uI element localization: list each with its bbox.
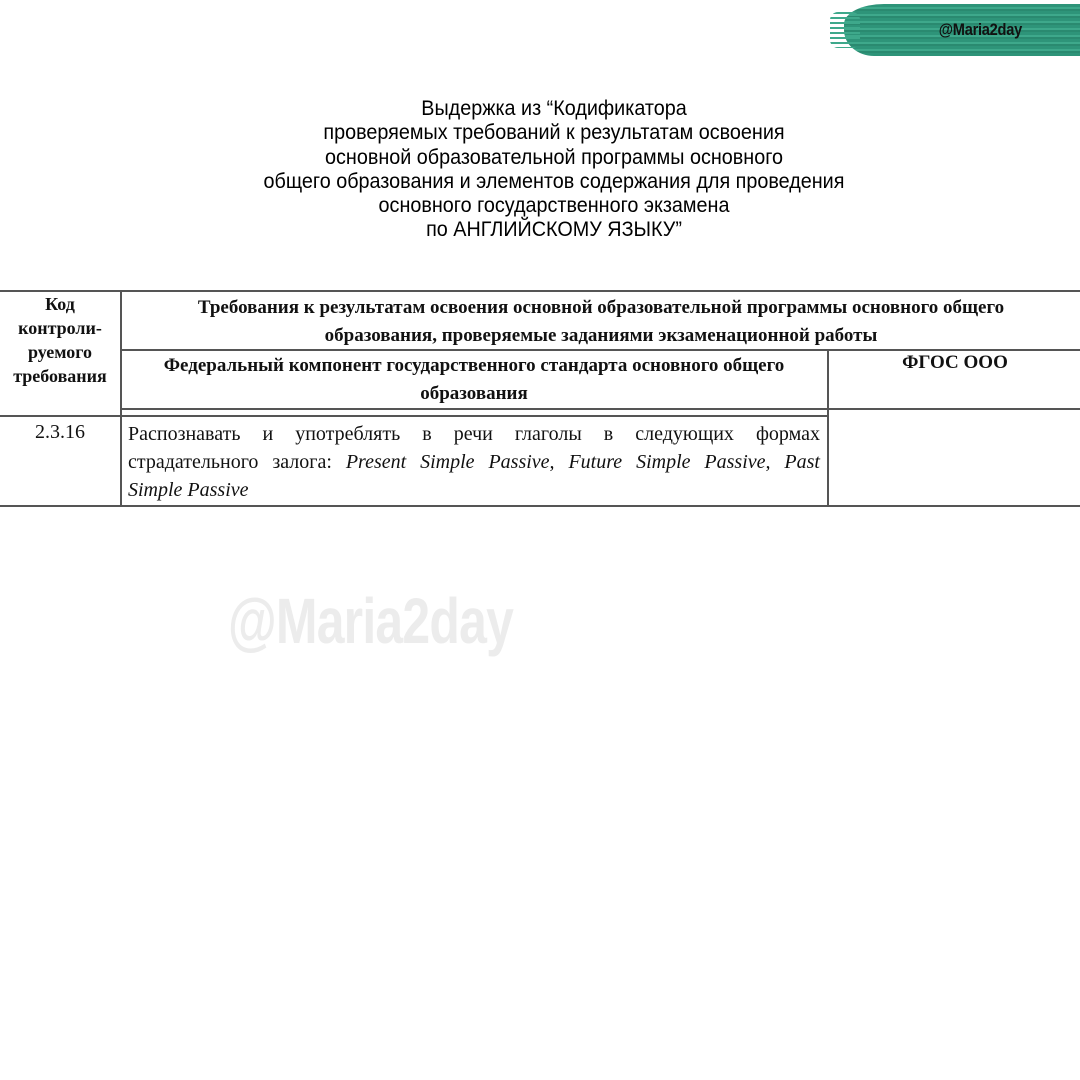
header-code-line: контроли- — [0, 316, 120, 340]
header-federal-component: Федеральный компонент государственного с… — [122, 352, 826, 408]
fgos-col-divider — [827, 350, 829, 507]
header-requirements-line: Требования к результатам освоения основн… — [122, 294, 1080, 322]
table-border-bottom — [0, 505, 1080, 507]
requirement-italic: Present Simple Passive, Future Simple Pa… — [346, 451, 820, 473]
header-code-line: требования — [0, 364, 120, 388]
document-title: Выдержка из “Кодификатора проверяемых тр… — [44, 96, 1063, 242]
table-border-top — [0, 290, 1080, 292]
requirement-line: Simple Passive — [128, 476, 820, 504]
requirement-plain: Распознавать и употреблять в речи глагол… — [128, 423, 820, 445]
header-federal-line: образования — [122, 380, 826, 408]
title-line: Выдержка из “Кодификатора — [44, 96, 1063, 120]
header-bottom-border — [121, 408, 829, 410]
row-code: 2.3.16 — [0, 421, 120, 444]
row-top-border — [0, 415, 829, 417]
brand-banner: @Maria2day — [844, 4, 1080, 56]
header-code-line: руемого — [0, 340, 120, 364]
header-fgos: ФГОС ООО — [830, 352, 1080, 374]
watermark: @Maria2day — [228, 584, 513, 658]
requirement-italic: Simple Passive — [128, 479, 249, 501]
title-line: основного государственного экзамена — [44, 193, 1063, 217]
requirement-line: Распознавать и употреблять в речи глагол… — [128, 420, 820, 448]
header-code-column: Код контроли- руемого требования — [0, 292, 120, 388]
header-requirements-line: образования, проверяемые заданиями экзам… — [122, 322, 1080, 350]
brand-handle: @Maria2day — [938, 20, 1021, 40]
header-code-line: Код — [0, 292, 120, 316]
title-line: общего образования и элементов содержани… — [44, 169, 1063, 193]
row-requirement-text: Распознавать и употреблять в речи глагол… — [128, 420, 820, 504]
title-line: проверяемых требований к результатам осв… — [44, 120, 1063, 144]
requirement-plain: страдательного залога: — [128, 451, 346, 473]
requirement-line: страдательного залога: Present Simple Pa… — [128, 448, 820, 476]
header-bottom-border — [829, 408, 1080, 410]
title-line: основной образовательной программы основ… — [44, 145, 1063, 169]
header-federal-line: Федеральный компонент государственного с… — [122, 352, 826, 380]
title-line: по АНГЛИЙСКОМУ ЯЗЫКУ” — [44, 217, 1063, 241]
header-requirements-group: Требования к результатам освоения основн… — [122, 294, 1080, 350]
